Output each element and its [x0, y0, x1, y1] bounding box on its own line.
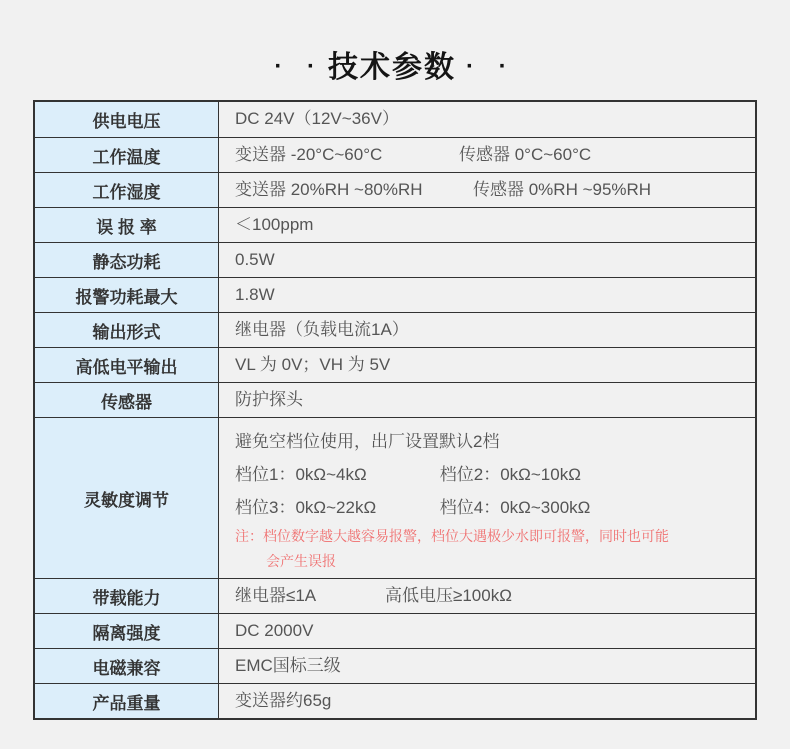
- title-dots-right: · ·: [466, 53, 516, 80]
- spec-row-false-alarm-rate: 误 报 率 ＜100ppm: [35, 207, 755, 242]
- spec-label: 工作温度: [35, 138, 219, 172]
- spec-label: 电磁兼容: [35, 649, 219, 683]
- spec-row-alarm-power-max: 报警功耗最大 1.8W: [35, 277, 755, 312]
- spec-value: 变送器 -20°C~60°C 传感器 0°C~60°C: [219, 138, 755, 172]
- spec-label: 高低电平输出: [35, 348, 219, 382]
- sensitivity-note-line2: 会产生误报: [235, 549, 745, 574]
- spec-row-sensitivity-adjustment: 灵敏度调节 避免空档位使用，出厂设置默认2档 档位1：0kΩ~4kΩ 档位2：0…: [35, 417, 755, 578]
- spec-label: 隔离强度: [35, 614, 219, 648]
- spec-label: 灵敏度调节: [35, 418, 219, 578]
- spec-row-operating-temperature: 工作温度 变送器 -20°C~60°C 传感器 0°C~60°C: [35, 137, 755, 172]
- spec-row-product-weight: 产品重量 变送器约65g: [35, 683, 755, 718]
- spec-table: 供电电压 DC 24V（12V~36V） 工作温度 变送器 -20°C~60°C…: [33, 100, 757, 720]
- page-title: · ·技术参数· ·: [0, 0, 790, 100]
- spec-row-isolation-strength: 隔离强度 DC 2000V: [35, 613, 755, 648]
- spec-row-load-capacity: 带载能力 继电器≤1A 高低电压≥100kΩ: [35, 578, 755, 613]
- spec-value: 变送器约65g: [219, 684, 755, 718]
- spec-label: 静态功耗: [35, 243, 219, 277]
- spec-value: 0.5W: [219, 243, 755, 277]
- spec-label: 误 报 率: [35, 208, 219, 242]
- spec-value: 1.8W: [219, 278, 755, 312]
- sensitivity-gears-3-4: 档位3：0kΩ~22kΩ 档位4：0kΩ~300kΩ: [235, 491, 745, 524]
- spec-value: 变送器 20%RH ~80%RH 传感器 0%RH ~95%RH: [219, 173, 755, 207]
- spec-value: DC 24V（12V~36V）: [219, 102, 755, 137]
- sensitivity-note-line1: 注：档位数字越大越容易报警，档位大遇极少水即可报警，同时也可能: [235, 524, 745, 549]
- spec-row-emc: 电磁兼容 EMC国标三级: [35, 648, 755, 683]
- spec-value: 防护探头: [219, 383, 755, 417]
- spec-row-operating-humidity: 工作湿度 变送器 20%RH ~80%RH 传感器 0%RH ~95%RH: [35, 172, 755, 207]
- spec-value: VL 为 0V；VH 为 5V: [219, 348, 755, 382]
- gear-3-range: 档位3：0kΩ~22kΩ: [235, 491, 435, 524]
- spec-label: 输出形式: [35, 313, 219, 347]
- spec-row-sensor: 传感器 防护探头: [35, 382, 755, 417]
- spec-label: 带载能力: [35, 579, 219, 613]
- gear-2-range: 档位2：0kΩ~10kΩ: [440, 465, 581, 484]
- spec-label: 产品重量: [35, 684, 219, 718]
- spec-value: ＜100ppm: [219, 208, 755, 242]
- gear-4-range: 档位4：0kΩ~300kΩ: [440, 498, 591, 517]
- title-dots-left: · ·: [274, 53, 324, 80]
- spec-row-output-type: 输出形式 继电器（负载电流1A）: [35, 312, 755, 347]
- spec-row-level-output: 高低电平输出 VL 为 0V；VH 为 5V: [35, 347, 755, 382]
- spec-row-supply-voltage: 供电电压 DC 24V（12V~36V）: [35, 102, 755, 137]
- spec-value: 继电器≤1A 高低电压≥100kΩ: [219, 579, 755, 613]
- spec-value: 继电器（负载电流1A）: [219, 313, 755, 347]
- transmitter-temp-range: 变送器 -20°C~60°C: [235, 145, 459, 165]
- sensitivity-gears-1-2: 档位1：0kΩ~4kΩ 档位2：0kΩ~10kΩ: [235, 458, 745, 491]
- title-text: 技术参数: [328, 51, 456, 84]
- transmitter-humidity-range: 变送器 20%RH ~80%RH: [235, 180, 473, 200]
- spec-label: 传感器: [35, 383, 219, 417]
- spec-label: 报警功耗最大: [35, 278, 219, 312]
- spec-row-static-power: 静态功耗 0.5W: [35, 242, 755, 277]
- spec-value: 避免空档位使用，出厂设置默认2档 档位1：0kΩ~4kΩ 档位2：0kΩ~10k…: [219, 418, 755, 578]
- gear-1-range: 档位1：0kΩ~4kΩ: [235, 458, 435, 491]
- sensitivity-intro: 避免空档位使用，出厂设置默认2档: [235, 425, 745, 458]
- spec-label: 供电电压: [35, 102, 219, 137]
- spec-value: EMC国标三级: [219, 649, 755, 683]
- relay-load: 继电器≤1A: [235, 586, 385, 606]
- sensor-temp-range: 传感器 0°C~60°C: [459, 145, 591, 165]
- spec-value: DC 2000V: [219, 614, 755, 648]
- level-voltage-load: 高低电压≥100kΩ: [385, 586, 512, 606]
- spec-label: 工作湿度: [35, 173, 219, 207]
- sensor-humidity-range: 传感器 0%RH ~95%RH: [473, 180, 651, 200]
